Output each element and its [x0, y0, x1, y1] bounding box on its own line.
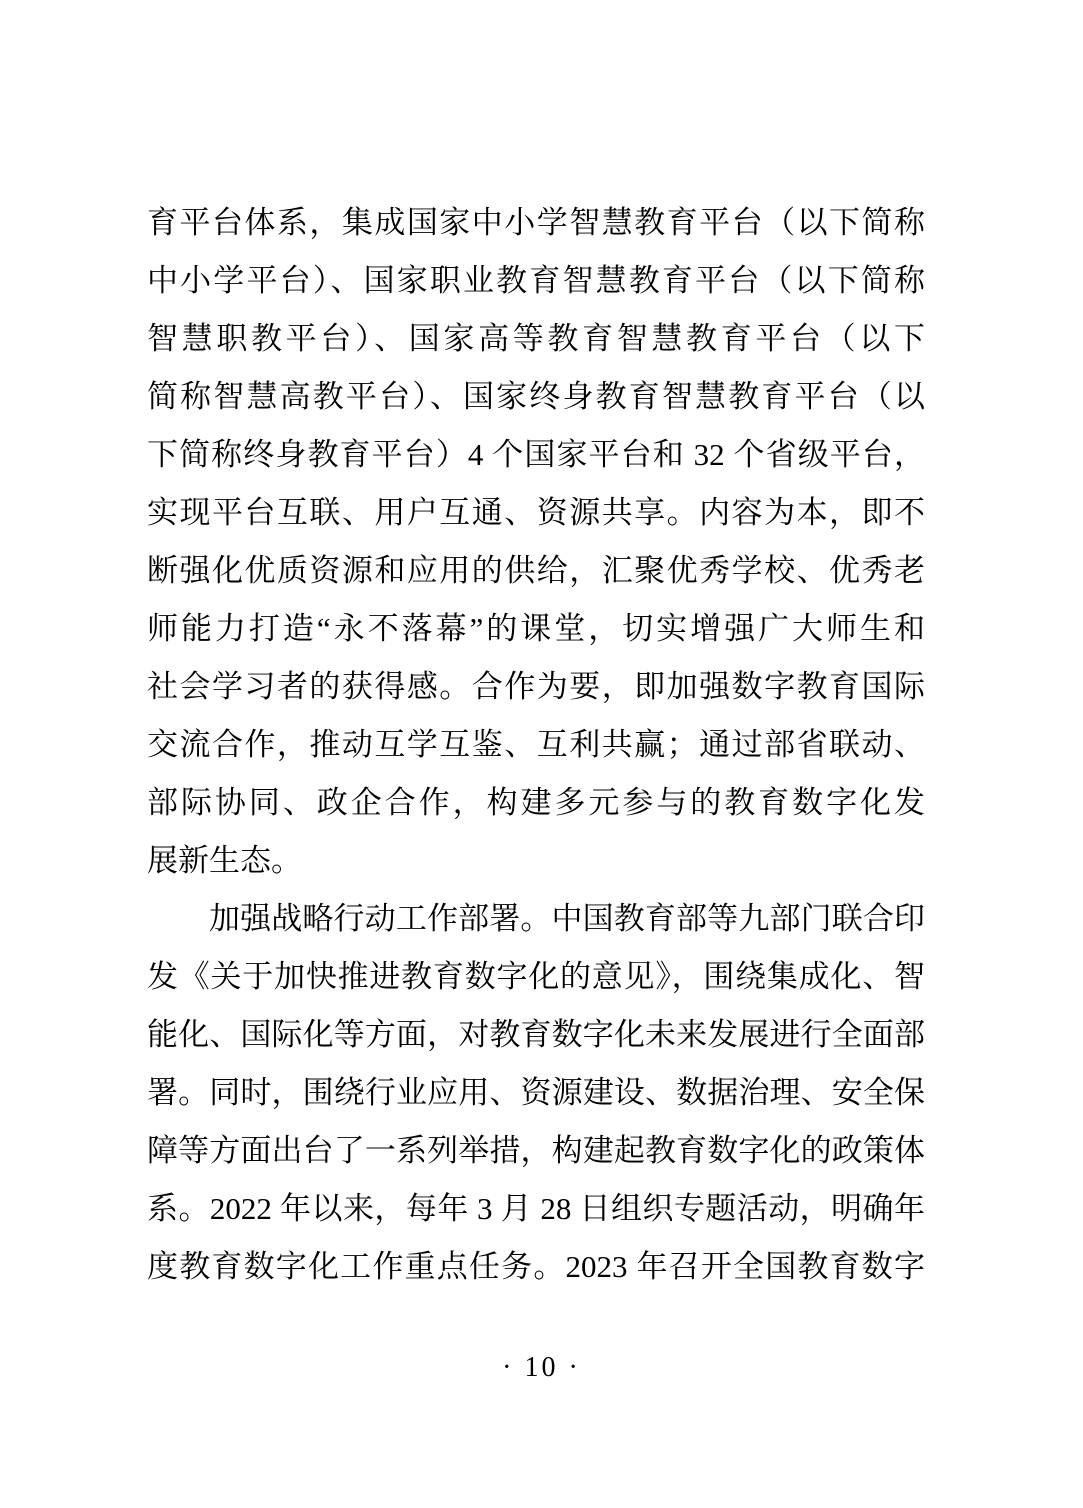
- text-line: 中小学平台）、国家职业教育智慧教育平台（以下简称: [147, 252, 925, 310]
- text-line: 师能力打造“永不落幕”的课堂，切实增强广大师生和: [147, 600, 925, 658]
- document-page: 育平台体系，集成国家中小学智慧教育平台（以下简称 中小学平台）、国家职业教育智慧…: [0, 0, 1083, 1508]
- text-line: 展新生态。: [147, 832, 925, 890]
- text-line: 部际协同、政企合作，构建多元参与的教育数字化发: [147, 774, 925, 832]
- text-line: 加强战略行动工作部署。中国教育部等九部门联合印: [147, 890, 925, 948]
- text-line: 障等方面出台了一系列举措，构建起教育数字化的政策体: [147, 1122, 925, 1180]
- text-line: 系。2022 年以来，每年 3 月 28 日组织专题活动，明确年: [147, 1180, 925, 1238]
- text-line: 发《关于加快推进教育数字化的意见》，围绕集成化、智: [147, 948, 925, 1006]
- text-line: 能化、国际化等方面，对教育数字化未来发展进行全面部: [147, 1006, 925, 1064]
- text-line: 育平台体系，集成国家中小学智慧教育平台（以下简称: [147, 194, 925, 252]
- text-line: 度教育数字化工作重点任务。2023 年召开全国教育数字化: [147, 1238, 925, 1296]
- text-line: 实现平台互联、用户互通、资源共享。内容为本，即不: [147, 484, 925, 542]
- text-line: 断强化优质资源和应用的供给，汇聚优秀学校、优秀老: [147, 542, 925, 600]
- text-line: 署。同时，围绕行业应用、资源建设、数据治理、安全保: [147, 1064, 925, 1122]
- text-line: 下简称终身教育平台）4 个国家平台和 32 个省级平台，: [147, 426, 925, 484]
- text-line: 智慧职教平台）、国家高等教育智慧教育平台（以下: [147, 310, 925, 368]
- body-text: 育平台体系，集成国家中小学智慧教育平台（以下简称 中小学平台）、国家职业教育智慧…: [147, 194, 925, 1296]
- page-number: · 10 ·: [0, 1352, 1083, 1384]
- text-line: 社会学习者的获得感。合作为要，即加强数字教育国际: [147, 658, 925, 716]
- text-line: 交流合作，推动互学互鉴、互利共赢；通过部省联动、: [147, 716, 925, 774]
- text-line: 简称智慧高教平台）、国家终身教育智慧教育平台（以: [147, 368, 925, 426]
